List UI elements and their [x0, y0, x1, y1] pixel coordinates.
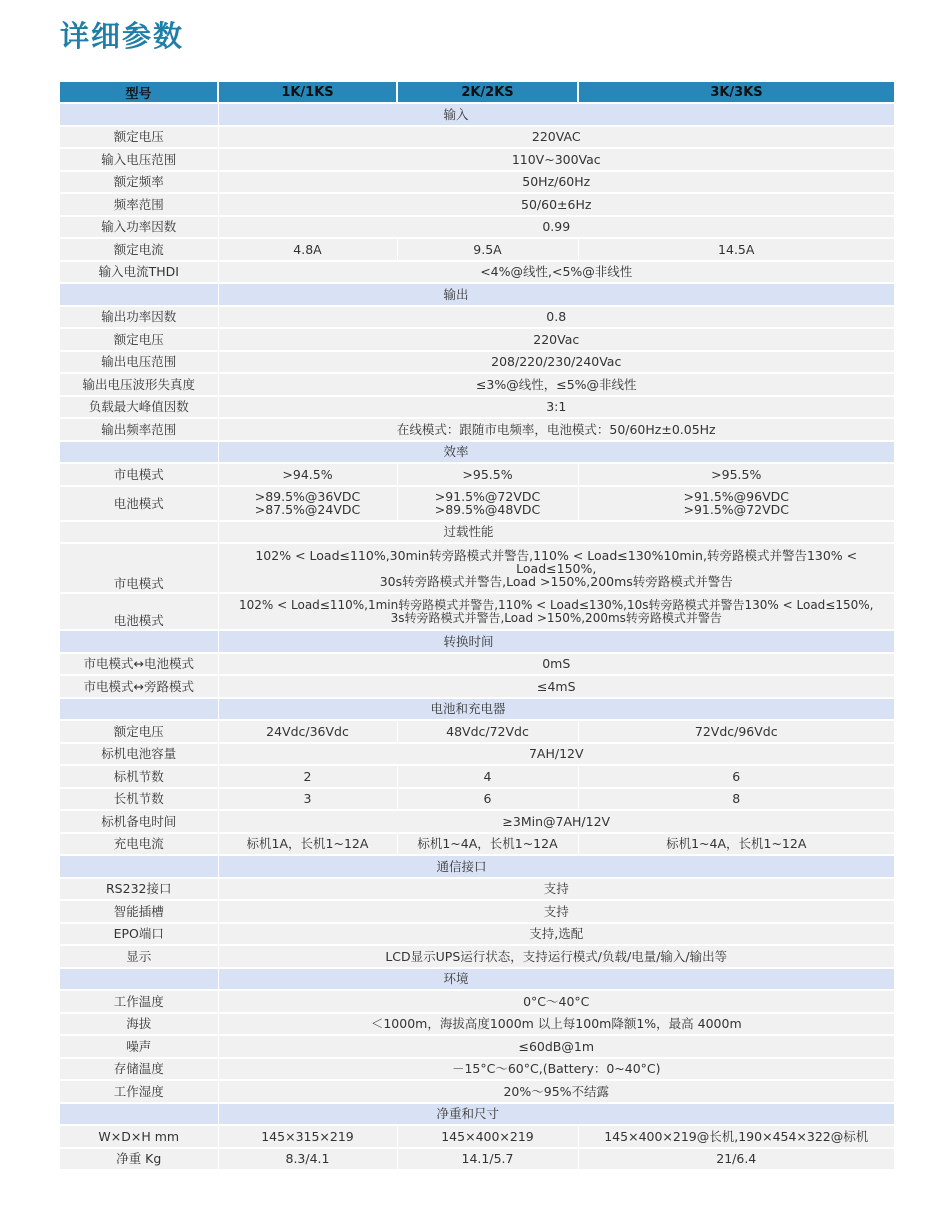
section-title: 环境 [218, 968, 894, 991]
row-value: ≤4mS [218, 675, 894, 698]
value-line: 102% < Load≤110%,1min转旁路模式并警告,110% < Loa… [221, 599, 893, 612]
table-row: 工作湿度20%～95%不结露 [60, 1080, 894, 1103]
row-label: 市电模式↔电池模式 [60, 653, 218, 676]
row-value: 0.99 [218, 216, 894, 239]
table-row: 输入电流THDI<4%@线性,<5%@非线性 [60, 261, 894, 284]
value-2k: 6 [397, 788, 578, 811]
value-3k: 21/6.4 [578, 1148, 894, 1170]
row-value: －15°C～60°C,(Battery：0~40°C) [218, 1058, 894, 1081]
value-3k: 6 [578, 765, 894, 788]
table-row: 输出频率范围在线模式：跟随市电频率，电池模式：50/60Hz±0.05Hz [60, 418, 894, 441]
section-title: 通信接口 [218, 855, 894, 878]
row-label: 标机节数 [60, 765, 218, 788]
row-label: 频率范围 [60, 193, 218, 216]
value-3k: 145×400×219@长机,190×454×322@标机 [578, 1125, 894, 1148]
row-value: LCD显示UPS运行状态，支持运行模式/负载/电量/输入/输出等 [218, 945, 894, 968]
table-row: 电池模式 102% < Load≤110%,1min转旁路模式并警告,110% … [60, 593, 894, 630]
table-row: 标机节数246 [60, 765, 894, 788]
section-input: 输入 [60, 103, 894, 126]
value-3k: >91.5%@96VDC>91.5%@72VDC [578, 486, 894, 521]
table-row: RS232接口支持 [60, 878, 894, 901]
row-label: 噪声 [60, 1035, 218, 1058]
value-1k: 3 [218, 788, 397, 811]
table-row: 智能插槽支持 [60, 900, 894, 923]
section-environment: 环境 [60, 968, 894, 991]
header-3k: 3K/3KS [578, 82, 894, 103]
section-title: 净重和尺寸 [218, 1103, 894, 1126]
table-row: 负载最大峰值因数3:1 [60, 396, 894, 419]
table-row: 输出电压波形失真度≤3%@线性，≤5%@非线性 [60, 373, 894, 396]
row-label: 额定电压 [60, 720, 218, 743]
value-2k: >95.5% [397, 463, 578, 486]
table-row: 输入功率因数0.99 [60, 216, 894, 239]
value-1k: 2 [218, 765, 397, 788]
value-1k: 4.8A [218, 238, 397, 261]
table-row: EPO端口支持,选配 [60, 923, 894, 946]
row-label: 输出功率因数 [60, 306, 218, 329]
table-row: 输出电压范围208/220/230/240Vac [60, 351, 894, 374]
section-title: 效率 [218, 441, 894, 464]
row-label: 额定电流 [60, 238, 218, 261]
row-value: 0mS [218, 653, 894, 676]
table-row: 显示LCD显示UPS运行状态，支持运行模式/负载/电量/输入/输出等 [60, 945, 894, 968]
section-title: 电池和充电器 [218, 698, 894, 721]
table-row: 市电模式↔旁路模式≤4mS [60, 675, 894, 698]
table-row: 额定电压220VAC [60, 126, 894, 149]
row-value: 支持 [218, 878, 894, 901]
table-row: 净重 Kg8.3/4.114.1/5.721/6.4 [60, 1148, 894, 1170]
row-label: 输出频率范围 [60, 418, 218, 441]
row-value: <4%@线性,<5%@非线性 [218, 261, 894, 284]
row-value: 3:1 [218, 396, 894, 419]
row-label: 工作湿度 [60, 1080, 218, 1103]
row-value: 在线模式：跟随市电频率，电池模式：50/60Hz±0.05Hz [218, 418, 894, 441]
row-value: ＜1000m，海拔高度1000m 以上每100m降额1%，最高 4000m [218, 1013, 894, 1036]
row-label: 电池模式 [60, 593, 218, 630]
table-header-row: 型号 1K/1KS 2K/2KS 3K/3KS [60, 82, 894, 103]
row-value: 50Hz/60Hz [218, 171, 894, 194]
row-value: 208/220/230/240Vac [218, 351, 894, 374]
table-row: 电池模式 >89.5%@36VDC>87.5%@24VDC >91.5%@72V… [60, 486, 894, 521]
value-line: 3s转旁路模式并警告,Load >150%,200ms转旁路模式并警告 [221, 612, 893, 625]
row-value: ≤3%@线性，≤5%@非线性 [218, 373, 894, 396]
table-row: 输出功率因数0.8 [60, 306, 894, 329]
row-label: 市电模式↔旁路模式 [60, 675, 218, 698]
table-row: 标机备电时间≥3Min@7AH/12V [60, 810, 894, 833]
section-efficiency: 效率 [60, 441, 894, 464]
value-line: 30s转旁路模式并警告,Load >150%,200ms转旁路模式并警告 [221, 575, 893, 588]
section-overload: 过载性能 [60, 521, 894, 544]
row-label: 输入电压范围 [60, 148, 218, 171]
spec-table: 型号 1K/1KS 2K/2KS 3K/3KS 输入 额定电压220VAC 输入… [60, 82, 894, 1169]
row-label: W×D×H mm [60, 1125, 218, 1148]
row-label: 负载最大峰值因数 [60, 396, 218, 419]
value-2k: 14.1/5.7 [397, 1148, 578, 1170]
row-value: 0.8 [218, 306, 894, 329]
value-line: >89.5%@48VDC [400, 503, 576, 516]
table-row: 额定电压220Vac [60, 328, 894, 351]
row-label: 标机电池容量 [60, 743, 218, 766]
row-label: 标机备电时间 [60, 810, 218, 833]
value-2k: 145×400×219 [397, 1125, 578, 1148]
table-row: 工作温度0°C～40°C [60, 990, 894, 1013]
value-1k: 标机1A，长机1~12A [218, 833, 397, 856]
row-value: 220VAC [218, 126, 894, 149]
value-3k: 72Vdc/96Vdc [578, 720, 894, 743]
table-row: 额定电流4.8A9.5A14.5A [60, 238, 894, 261]
row-value: 102% < Load≤110%,30min转旁路模式并警告,110% < Lo… [218, 543, 894, 593]
value-2k: >91.5%@72VDC>89.5%@48VDC [397, 486, 578, 521]
header-2k: 2K/2KS [397, 82, 578, 103]
section-comm: 通信接口 [60, 855, 894, 878]
row-label: 长机节数 [60, 788, 218, 811]
value-line: >91.5%@72VDC [581, 503, 893, 516]
row-value: ≥3Min@7AH/12V [218, 810, 894, 833]
table-row: 频率范围50/60±6Hz [60, 193, 894, 216]
value-2k: 标机1~4A，长机1~12A [397, 833, 578, 856]
value-1k: 145×315×219 [218, 1125, 397, 1148]
row-label: 额定频率 [60, 171, 218, 194]
row-label: 输出电压范围 [60, 351, 218, 374]
value-2k: 9.5A [397, 238, 578, 261]
table-row: 充电电流标机1A，长机1~12A标机1~4A，长机1~12A标机1~4A，长机1… [60, 833, 894, 856]
header-model: 型号 [60, 82, 218, 103]
table-row: 噪声≤60dB@1m [60, 1035, 894, 1058]
row-value: 220Vac [218, 328, 894, 351]
row-value: 支持 [218, 900, 894, 923]
page-title: 详细参数 [60, 14, 184, 55]
table-row: W×D×H mm145×315×219145×400×219145×400×21… [60, 1125, 894, 1148]
row-value: 50/60±6Hz [218, 193, 894, 216]
row-value: 20%～95%不结露 [218, 1080, 894, 1103]
row-label: 海拔 [60, 1013, 218, 1036]
row-label: 电池模式 [60, 486, 218, 521]
table-row: 市电模式↔电池模式0mS [60, 653, 894, 676]
value-3k: >95.5% [578, 463, 894, 486]
row-label: 净重 Kg [60, 1148, 218, 1170]
table-row: 市电模式 102% < Load≤110%,30min转旁路模式并警告,110%… [60, 543, 894, 593]
table-row: 市电模式>94.5%>95.5%>95.5% [60, 463, 894, 486]
row-label: 市电模式 [60, 543, 218, 593]
table-row: 输入电压范围110V~300Vac [60, 148, 894, 171]
value-1k: >89.5%@36VDC>87.5%@24VDC [218, 486, 397, 521]
row-label: 输出电压波形失真度 [60, 373, 218, 396]
row-label: 额定电压 [60, 328, 218, 351]
value-line: Load≤150%, [221, 562, 893, 575]
section-title: 输入 [218, 103, 894, 126]
row-label: RS232接口 [60, 878, 218, 901]
table-row: 长机节数368 [60, 788, 894, 811]
section-output: 输出 [60, 283, 894, 306]
section-title: 过载性能 [218, 521, 894, 544]
value-line: >87.5%@24VDC [221, 503, 395, 516]
row-label: 显示 [60, 945, 218, 968]
row-label: 存储温度 [60, 1058, 218, 1081]
row-label: 市电模式 [60, 463, 218, 486]
table-row: 标机电池容量7AH/12V [60, 743, 894, 766]
row-value: 110V~300Vac [218, 148, 894, 171]
value-2k: 4 [397, 765, 578, 788]
table-row: 额定电压24Vdc/36Vdc48Vdc/72Vdc72Vdc/96Vdc [60, 720, 894, 743]
row-label: 输入电流THDI [60, 261, 218, 284]
value-3k: 14.5A [578, 238, 894, 261]
row-label: 充电电流 [60, 833, 218, 856]
section-dimensions: 净重和尺寸 [60, 1103, 894, 1126]
value-1k: 8.3/4.1 [218, 1148, 397, 1170]
row-label: 额定电压 [60, 126, 218, 149]
section-title: 转换时间 [218, 630, 894, 653]
row-value: 7AH/12V [218, 743, 894, 766]
table-row: 海拔＜1000m，海拔高度1000m 以上每100m降额1%，最高 4000m [60, 1013, 894, 1036]
value-line: 102% < Load≤110%,30min转旁路模式并警告,110% < Lo… [221, 549, 893, 562]
table-row: 存储温度－15°C～60°C,(Battery：0~40°C) [60, 1058, 894, 1081]
value-1k: 24Vdc/36Vdc [218, 720, 397, 743]
table-row: 额定频率50Hz/60Hz [60, 171, 894, 194]
row-value: 0°C～40°C [218, 990, 894, 1013]
value-3k: 8 [578, 788, 894, 811]
row-label: 输入功率因数 [60, 216, 218, 239]
section-battery: 电池和充电器 [60, 698, 894, 721]
row-value: ≤60dB@1m [218, 1035, 894, 1058]
row-label: 智能插槽 [60, 900, 218, 923]
section-title: 输出 [218, 283, 894, 306]
header-1k: 1K/1KS [218, 82, 397, 103]
section-transfer: 转换时间 [60, 630, 894, 653]
row-label: 工作温度 [60, 990, 218, 1013]
row-label: EPO端口 [60, 923, 218, 946]
value-2k: 48Vdc/72Vdc [397, 720, 578, 743]
row-value: 102% < Load≤110%,1min转旁路模式并警告,110% < Loa… [218, 593, 894, 630]
value-1k: >94.5% [218, 463, 397, 486]
row-value: 支持,选配 [218, 923, 894, 946]
value-3k: 标机1~4A，长机1~12A [578, 833, 894, 856]
